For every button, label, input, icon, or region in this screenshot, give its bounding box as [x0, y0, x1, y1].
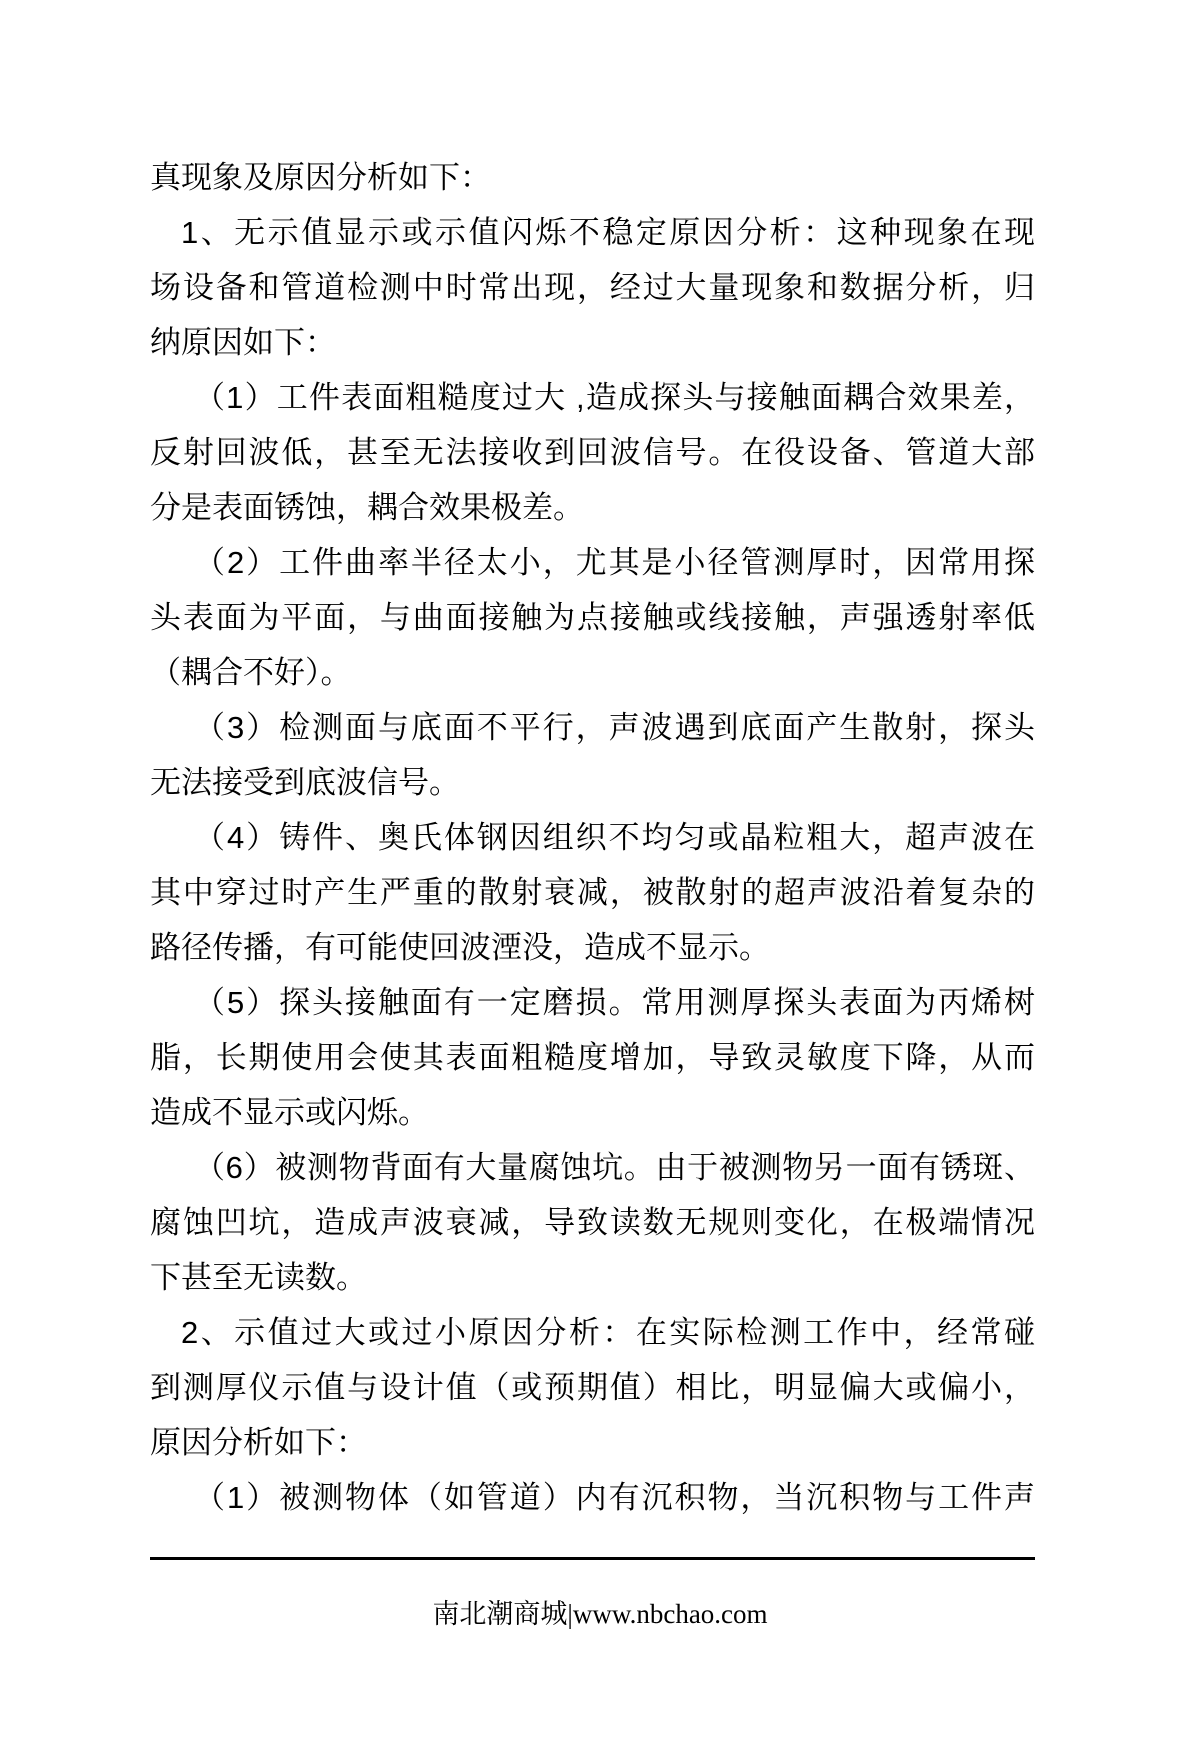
text-line: 1、无示值显示或示值闪烁不稳定原因分析：这种现象在现	[150, 205, 1035, 260]
text-line: 纳原因如下：	[150, 315, 1035, 370]
text-line: 腐蚀凹坑，造成声波衰减，导致读数无规则变化，在极端情况	[150, 1195, 1035, 1250]
text-line: 原因分析如下：	[150, 1415, 1035, 1470]
text-line: 无法接受到底波信号。	[150, 755, 1035, 810]
text-line: （耦合不好）。	[150, 645, 1035, 700]
text-line: 造成不显示或闪烁。	[150, 1085, 1035, 1140]
text-line: （5）探头接触面有一定磨损。常用测厚探头表面为丙烯树	[150, 975, 1035, 1030]
text-line: 头表面为平面，与曲面接触为点接触或线接触，声强透射率低	[150, 590, 1035, 645]
text-line: （3）检测面与底面不平行，声波遇到底面产生散射，探头	[150, 700, 1035, 755]
text-line: 下甚至无读数。	[150, 1250, 1035, 1305]
text-line: （1）工件表面粗糙度过大 ,造成探头与接触面耦合效果差，	[150, 370, 1035, 425]
document-page: 真现象及原因分析如下：1、无示值显示或示值闪烁不稳定原因分析：这种现象在现场设备…	[0, 0, 1200, 1739]
text-line: 反射回波低，甚至无法接收到回波信号。在役设备、管道大部	[150, 425, 1035, 480]
footer-branding: 南北潮商城|www.nbchao.com	[0, 1596, 1200, 1632]
text-line: （4）铸件、奥氏体钢因组织不均匀或晶粒粗大，超声波在	[150, 810, 1035, 865]
text-line: 真现象及原因分析如下：	[150, 150, 1035, 205]
text-line: （6）被测物背面有大量腐蚀坑。由于被测物另一面有锈斑、	[150, 1140, 1035, 1195]
text-line: 到测厚仪示值与设计值（或预期值）相比，明显偏大或偏小，	[150, 1360, 1035, 1415]
text-line: 路径传播，有可能使回波湮没，造成不显示。	[150, 920, 1035, 975]
text-line: 2、示值过大或过小原因分析：在实际检测工作中，经常碰	[150, 1305, 1035, 1360]
text-line: 脂，长期使用会使其表面粗糙度增加，导致灵敏度下降，从而	[150, 1030, 1035, 1085]
document-body: 真现象及原因分析如下：1、无示值显示或示值闪烁不稳定原因分析：这种现象在现场设备…	[150, 150, 1035, 1525]
text-line: 分是表面锈蚀，耦合效果极差。	[150, 480, 1035, 535]
text-line: （2）工件曲率半径太小，尤其是小径管测厚时，因常用探	[150, 535, 1035, 590]
text-line: 其中穿过时产生严重的散射衰减，被散射的超声波沿着复杂的	[150, 865, 1035, 920]
text-line: （1）被测物体（如管道）内有沉积物，当沉积物与工件声	[150, 1470, 1035, 1525]
footer-divider-line	[150, 1557, 1035, 1560]
text-line: 场设备和管道检测中时常出现，经过大量现象和数据分析，归	[150, 260, 1035, 315]
